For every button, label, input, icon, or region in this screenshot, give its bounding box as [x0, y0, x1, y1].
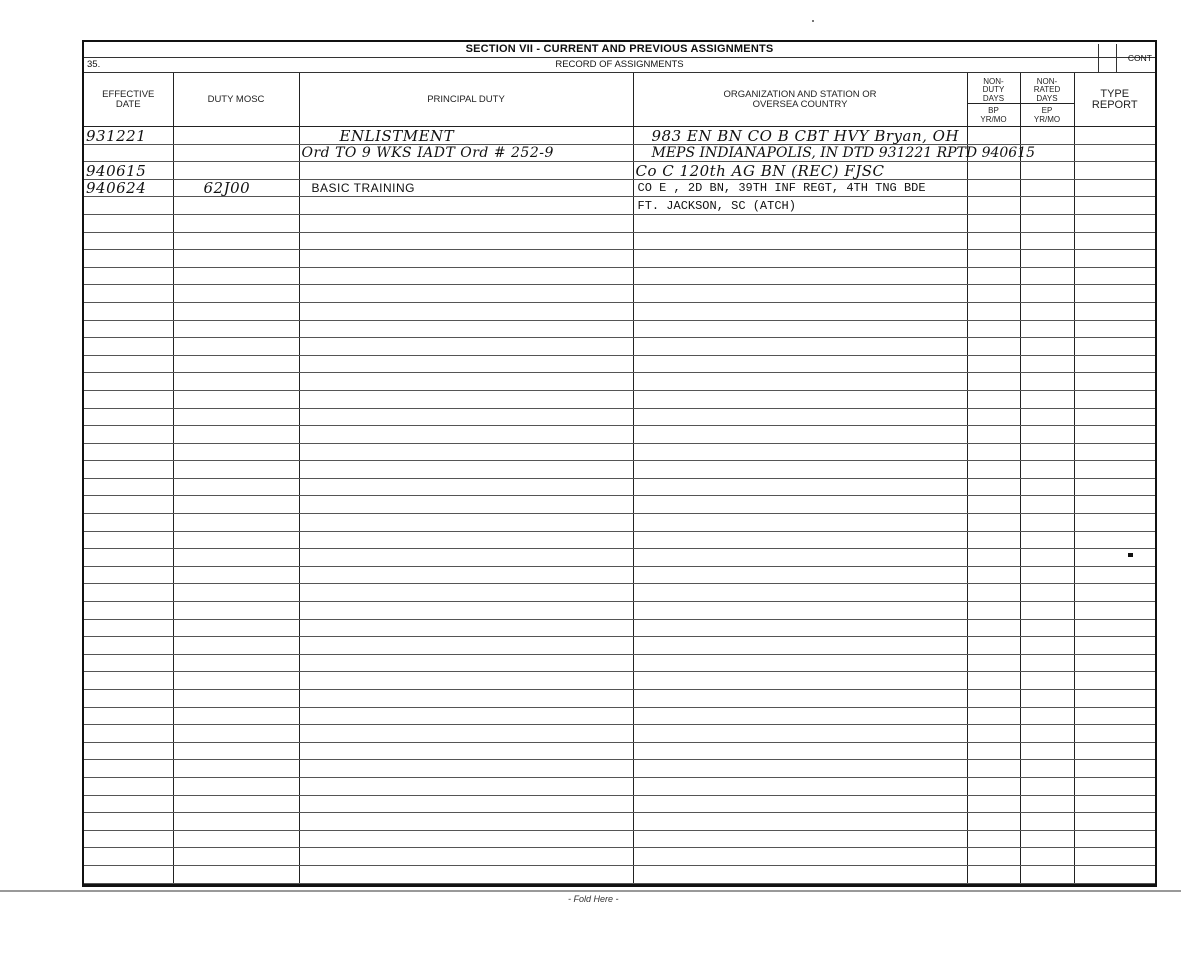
ep-cell[interactable]: [1020, 285, 1074, 303]
type-cell[interactable]: [1074, 232, 1155, 250]
type-cell[interactable]: [1074, 426, 1155, 444]
bp-cell[interactable]: [967, 672, 1020, 690]
mosc-cell[interactable]: [173, 549, 299, 567]
date-cell[interactable]: [84, 390, 173, 408]
ep-cell[interactable]: [1020, 232, 1074, 250]
type-cell[interactable]: [1074, 302, 1155, 320]
bp-cell[interactable]: [967, 232, 1020, 250]
bp-cell[interactable]: [967, 285, 1020, 303]
duty-cell[interactable]: Ord TO 9 WKS IADT Ord # 252-9: [299, 144, 633, 162]
duty-cell[interactable]: [299, 197, 633, 215]
duty-cell[interactable]: [299, 285, 633, 303]
org-cell[interactable]: [633, 549, 967, 567]
mosc-cell[interactable]: [173, 690, 299, 708]
mosc-cell[interactable]: [173, 654, 299, 672]
ep-cell[interactable]: [1020, 496, 1074, 514]
org-cell[interactable]: [633, 777, 967, 795]
duty-cell[interactable]: [299, 619, 633, 637]
date-cell[interactable]: [84, 461, 173, 479]
org-cell[interactable]: [633, 795, 967, 813]
duty-cell[interactable]: [299, 742, 633, 760]
org-cell[interactable]: 983 EN BN CO B CBT HVY Bryan, OH: [633, 127, 967, 145]
type-cell[interactable]: [1074, 602, 1155, 620]
mosc-cell[interactable]: [173, 619, 299, 637]
mosc-cell[interactable]: [173, 197, 299, 215]
bp-cell[interactable]: [967, 162, 1020, 180]
mosc-cell[interactable]: [173, 478, 299, 496]
org-cell[interactable]: Co C 120th AG BN (REC) FJSC: [633, 162, 967, 180]
mosc-cell[interactable]: [173, 232, 299, 250]
duty-cell[interactable]: [299, 478, 633, 496]
org-cell[interactable]: [633, 848, 967, 866]
ep-cell[interactable]: [1020, 742, 1074, 760]
bp-cell[interactable]: [967, 725, 1020, 743]
bp-cell[interactable]: [967, 742, 1020, 760]
mosc-cell[interactable]: [173, 338, 299, 356]
mosc-cell[interactable]: [173, 144, 299, 162]
date-cell[interactable]: [84, 408, 173, 426]
bp-cell[interactable]: [967, 408, 1020, 426]
date-cell[interactable]: 940624: [84, 179, 173, 197]
type-cell[interactable]: [1074, 637, 1155, 655]
duty-cell[interactable]: [299, 760, 633, 778]
type-cell[interactable]: [1074, 390, 1155, 408]
duty-cell[interactable]: [299, 725, 633, 743]
duty-cell[interactable]: [299, 566, 633, 584]
date-cell[interactable]: [84, 672, 173, 690]
org-cell[interactable]: [633, 566, 967, 584]
org-cell[interactable]: [633, 760, 967, 778]
org-cell[interactable]: [633, 285, 967, 303]
bp-cell[interactable]: [967, 144, 1020, 162]
org-cell[interactable]: [633, 865, 967, 883]
bp-cell[interactable]: [967, 602, 1020, 620]
bp-cell[interactable]: [967, 830, 1020, 848]
bp-cell[interactable]: [967, 813, 1020, 831]
duty-cell[interactable]: [299, 514, 633, 532]
type-cell[interactable]: [1074, 672, 1155, 690]
ep-cell[interactable]: [1020, 338, 1074, 356]
org-cell[interactable]: [633, 584, 967, 602]
mosc-cell[interactable]: [173, 637, 299, 655]
ep-cell[interactable]: [1020, 373, 1074, 391]
type-cell[interactable]: [1074, 197, 1155, 215]
org-cell[interactable]: [633, 443, 967, 461]
date-cell[interactable]: [84, 144, 173, 162]
bp-cell[interactable]: [967, 584, 1020, 602]
cont-checkbox[interactable]: [1098, 44, 1117, 72]
date-cell[interactable]: [84, 707, 173, 725]
date-cell[interactable]: [84, 373, 173, 391]
mosc-cell[interactable]: [173, 355, 299, 373]
ep-cell[interactable]: [1020, 478, 1074, 496]
mosc-cell[interactable]: [173, 584, 299, 602]
bp-cell[interactable]: [967, 549, 1020, 567]
bp-cell[interactable]: [967, 654, 1020, 672]
type-cell[interactable]: [1074, 214, 1155, 232]
duty-cell[interactable]: [299, 707, 633, 725]
ep-cell[interactable]: [1020, 777, 1074, 795]
bp-cell[interactable]: [967, 865, 1020, 883]
org-cell[interactable]: [633, 355, 967, 373]
bp-cell[interactable]: [967, 267, 1020, 285]
ep-cell[interactable]: [1020, 795, 1074, 813]
org-cell[interactable]: [633, 690, 967, 708]
type-cell[interactable]: [1074, 320, 1155, 338]
duty-cell[interactable]: [299, 302, 633, 320]
date-cell[interactable]: [84, 760, 173, 778]
date-cell[interactable]: [84, 531, 173, 549]
date-cell[interactable]: [84, 443, 173, 461]
type-cell[interactable]: [1074, 690, 1155, 708]
duty-cell[interactable]: [299, 672, 633, 690]
org-cell[interactable]: [633, 531, 967, 549]
org-cell[interactable]: [633, 250, 967, 268]
org-cell[interactable]: [633, 514, 967, 532]
date-cell[interactable]: [84, 338, 173, 356]
type-cell[interactable]: [1074, 566, 1155, 584]
mosc-cell[interactable]: [173, 742, 299, 760]
org-cell[interactable]: [633, 373, 967, 391]
duty-cell[interactable]: [299, 408, 633, 426]
date-cell[interactable]: [84, 848, 173, 866]
org-cell[interactable]: [633, 619, 967, 637]
bp-cell[interactable]: [967, 496, 1020, 514]
type-cell[interactable]: [1074, 373, 1155, 391]
mosc-cell[interactable]: [173, 408, 299, 426]
org-cell[interactable]: [633, 654, 967, 672]
ep-cell[interactable]: [1020, 566, 1074, 584]
ep-cell[interactable]: [1020, 162, 1074, 180]
date-cell[interactable]: [84, 250, 173, 268]
type-cell[interactable]: [1074, 549, 1155, 567]
mosc-cell[interactable]: [173, 461, 299, 479]
org-cell[interactable]: [633, 232, 967, 250]
type-cell[interactable]: [1074, 725, 1155, 743]
mosc-cell[interactable]: [173, 443, 299, 461]
type-cell[interactable]: [1074, 443, 1155, 461]
mosc-cell[interactable]: [173, 865, 299, 883]
bp-cell[interactable]: [967, 848, 1020, 866]
ep-cell[interactable]: [1020, 584, 1074, 602]
org-cell[interactable]: [633, 742, 967, 760]
ep-cell[interactable]: [1020, 197, 1074, 215]
mosc-cell[interactable]: [173, 250, 299, 268]
ep-cell[interactable]: [1020, 320, 1074, 338]
bp-cell[interactable]: [967, 179, 1020, 197]
mosc-cell[interactable]: [173, 777, 299, 795]
type-cell[interactable]: [1074, 496, 1155, 514]
org-cell[interactable]: [633, 637, 967, 655]
org-cell[interactable]: [633, 830, 967, 848]
duty-cell[interactable]: [299, 267, 633, 285]
type-cell[interactable]: [1074, 865, 1155, 883]
ep-cell[interactable]: [1020, 865, 1074, 883]
ep-cell[interactable]: [1020, 390, 1074, 408]
mosc-cell[interactable]: [173, 390, 299, 408]
date-cell[interactable]: [84, 566, 173, 584]
org-cell[interactable]: [633, 725, 967, 743]
org-cell[interactable]: [633, 461, 967, 479]
date-cell[interactable]: [84, 619, 173, 637]
bp-cell[interactable]: [967, 214, 1020, 232]
date-cell[interactable]: [84, 549, 173, 567]
type-cell[interactable]: [1074, 514, 1155, 532]
bp-cell[interactable]: [967, 637, 1020, 655]
duty-cell[interactable]: [299, 320, 633, 338]
date-cell[interactable]: [84, 426, 173, 444]
org-cell[interactable]: [633, 672, 967, 690]
mosc-cell[interactable]: [173, 320, 299, 338]
duty-cell[interactable]: [299, 654, 633, 672]
mosc-cell[interactable]: [173, 848, 299, 866]
org-cell[interactable]: [633, 602, 967, 620]
duty-cell[interactable]: [299, 338, 633, 356]
type-cell[interactable]: [1074, 830, 1155, 848]
bp-cell[interactable]: [967, 390, 1020, 408]
date-cell[interactable]: [84, 496, 173, 514]
date-cell[interactable]: [84, 584, 173, 602]
type-cell[interactable]: [1074, 267, 1155, 285]
mosc-cell[interactable]: [173, 267, 299, 285]
date-cell[interactable]: [84, 742, 173, 760]
org-cell[interactable]: [633, 426, 967, 444]
type-cell[interactable]: [1074, 355, 1155, 373]
ep-cell[interactable]: [1020, 250, 1074, 268]
bp-cell[interactable]: [967, 355, 1020, 373]
type-cell[interactable]: [1074, 760, 1155, 778]
mosc-cell[interactable]: [173, 813, 299, 831]
date-cell[interactable]: 931221: [84, 127, 173, 145]
duty-cell[interactable]: [299, 795, 633, 813]
mosc-cell[interactable]: [173, 127, 299, 145]
duty-cell[interactable]: ENLISTMENT: [299, 127, 633, 145]
ep-cell[interactable]: [1020, 830, 1074, 848]
duty-cell[interactable]: [299, 777, 633, 795]
duty-cell[interactable]: [299, 584, 633, 602]
ep-cell[interactable]: [1020, 848, 1074, 866]
type-cell[interactable]: [1074, 162, 1155, 180]
date-cell[interactable]: [84, 355, 173, 373]
mosc-cell[interactable]: [173, 514, 299, 532]
bp-cell[interactable]: [967, 619, 1020, 637]
mosc-cell[interactable]: [173, 602, 299, 620]
ep-cell[interactable]: [1020, 690, 1074, 708]
type-cell[interactable]: [1074, 144, 1155, 162]
ep-cell[interactable]: [1020, 461, 1074, 479]
duty-cell[interactable]: BASIC TRAINING: [299, 179, 633, 197]
org-cell[interactable]: [633, 302, 967, 320]
ep-cell[interactable]: [1020, 267, 1074, 285]
duty-cell[interactable]: [299, 813, 633, 831]
bp-cell[interactable]: [967, 690, 1020, 708]
bp-cell[interactable]: [967, 127, 1020, 145]
org-cell[interactable]: [633, 338, 967, 356]
type-cell[interactable]: [1074, 619, 1155, 637]
bp-cell[interactable]: [967, 373, 1020, 391]
org-cell[interactable]: [633, 320, 967, 338]
date-cell[interactable]: [84, 602, 173, 620]
date-cell[interactable]: [84, 637, 173, 655]
type-cell[interactable]: [1074, 742, 1155, 760]
org-cell[interactable]: [633, 496, 967, 514]
mosc-cell[interactable]: [173, 672, 299, 690]
mosc-cell[interactable]: [173, 566, 299, 584]
bp-cell[interactable]: [967, 443, 1020, 461]
date-cell[interactable]: [84, 777, 173, 795]
ep-cell[interactable]: [1020, 127, 1074, 145]
ep-cell[interactable]: [1020, 179, 1074, 197]
type-cell[interactable]: [1074, 848, 1155, 866]
duty-cell[interactable]: [299, 426, 633, 444]
duty-cell[interactable]: [299, 373, 633, 391]
ep-cell[interactable]: [1020, 707, 1074, 725]
bp-cell[interactable]: [967, 302, 1020, 320]
type-cell[interactable]: [1074, 478, 1155, 496]
ep-cell[interactable]: [1020, 619, 1074, 637]
duty-cell[interactable]: [299, 162, 633, 180]
mosc-cell[interactable]: 62J00: [173, 179, 299, 197]
bp-cell[interactable]: [967, 777, 1020, 795]
ep-cell[interactable]: [1020, 531, 1074, 549]
mosc-cell[interactable]: [173, 496, 299, 514]
bp-cell[interactable]: [967, 197, 1020, 215]
bp-cell[interactable]: [967, 566, 1020, 584]
type-cell[interactable]: [1074, 408, 1155, 426]
org-cell[interactable]: [633, 267, 967, 285]
mosc-cell[interactable]: [173, 531, 299, 549]
duty-cell[interactable]: [299, 355, 633, 373]
org-cell[interactable]: [633, 390, 967, 408]
duty-cell[interactable]: [299, 531, 633, 549]
duty-cell[interactable]: [299, 549, 633, 567]
type-cell[interactable]: [1074, 127, 1155, 145]
duty-cell[interactable]: [299, 637, 633, 655]
duty-cell[interactable]: [299, 443, 633, 461]
mosc-cell[interactable]: [173, 426, 299, 444]
bp-cell[interactable]: [967, 250, 1020, 268]
date-cell[interactable]: [84, 478, 173, 496]
ep-cell[interactable]: [1020, 426, 1074, 444]
date-cell[interactable]: 940615: [84, 162, 173, 180]
bp-cell[interactable]: [967, 514, 1020, 532]
duty-cell[interactable]: [299, 865, 633, 883]
mosc-cell[interactable]: [173, 214, 299, 232]
bp-cell[interactable]: [967, 795, 1020, 813]
date-cell[interactable]: [84, 232, 173, 250]
duty-cell[interactable]: [299, 390, 633, 408]
ep-cell[interactable]: [1020, 355, 1074, 373]
type-cell[interactable]: [1074, 250, 1155, 268]
duty-cell[interactable]: [299, 250, 633, 268]
ep-cell[interactable]: [1020, 214, 1074, 232]
duty-cell[interactable]: [299, 848, 633, 866]
duty-cell[interactable]: [299, 830, 633, 848]
mosc-cell[interactable]: [173, 302, 299, 320]
bp-cell[interactable]: [967, 760, 1020, 778]
ep-cell[interactable]: [1020, 144, 1074, 162]
type-cell[interactable]: [1074, 584, 1155, 602]
bp-cell[interactable]: [967, 426, 1020, 444]
org-cell[interactable]: MEPS INDIANAPOLIS, IN DTD 931221 RPTD 94…: [633, 144, 967, 162]
ep-cell[interactable]: [1020, 602, 1074, 620]
date-cell[interactable]: [84, 197, 173, 215]
type-cell[interactable]: [1074, 795, 1155, 813]
bp-cell[interactable]: [967, 338, 1020, 356]
date-cell[interactable]: [84, 285, 173, 303]
type-cell[interactable]: [1074, 179, 1155, 197]
date-cell[interactable]: [84, 654, 173, 672]
ep-cell[interactable]: [1020, 302, 1074, 320]
date-cell[interactable]: [84, 214, 173, 232]
ep-cell[interactable]: [1020, 408, 1074, 426]
ep-cell[interactable]: [1020, 725, 1074, 743]
mosc-cell[interactable]: [173, 373, 299, 391]
org-cell[interactable]: [633, 813, 967, 831]
duty-cell[interactable]: [299, 232, 633, 250]
mosc-cell[interactable]: [173, 725, 299, 743]
duty-cell[interactable]: [299, 602, 633, 620]
duty-cell[interactable]: [299, 214, 633, 232]
bp-cell[interactable]: [967, 707, 1020, 725]
type-cell[interactable]: [1074, 338, 1155, 356]
bp-cell[interactable]: [967, 320, 1020, 338]
ep-cell[interactable]: [1020, 443, 1074, 461]
type-cell[interactable]: [1074, 461, 1155, 479]
duty-cell[interactable]: [299, 496, 633, 514]
type-cell[interactable]: [1074, 707, 1155, 725]
date-cell[interactable]: [84, 830, 173, 848]
date-cell[interactable]: [84, 514, 173, 532]
mosc-cell[interactable]: [173, 830, 299, 848]
date-cell[interactable]: [84, 302, 173, 320]
date-cell[interactable]: [84, 267, 173, 285]
org-cell[interactable]: FT. JACKSON, SC (ATCH): [633, 197, 967, 215]
bp-cell[interactable]: [967, 478, 1020, 496]
mosc-cell[interactable]: [173, 285, 299, 303]
mosc-cell[interactable]: [173, 760, 299, 778]
mosc-cell[interactable]: [173, 162, 299, 180]
ep-cell[interactable]: [1020, 549, 1074, 567]
date-cell[interactable]: [84, 725, 173, 743]
duty-cell[interactable]: [299, 690, 633, 708]
type-cell[interactable]: [1074, 813, 1155, 831]
type-cell[interactable]: [1074, 285, 1155, 303]
ep-cell[interactable]: [1020, 672, 1074, 690]
org-cell[interactable]: [633, 707, 967, 725]
org-cell[interactable]: [633, 478, 967, 496]
type-cell[interactable]: [1074, 531, 1155, 549]
date-cell[interactable]: [84, 320, 173, 338]
org-cell[interactable]: [633, 214, 967, 232]
ep-cell[interactable]: [1020, 813, 1074, 831]
date-cell[interactable]: [84, 795, 173, 813]
ep-cell[interactable]: [1020, 514, 1074, 532]
ep-cell[interactable]: [1020, 760, 1074, 778]
date-cell[interactable]: [84, 865, 173, 883]
date-cell[interactable]: [84, 813, 173, 831]
type-cell[interactable]: [1074, 654, 1155, 672]
ep-cell[interactable]: [1020, 654, 1074, 672]
bp-cell[interactable]: [967, 531, 1020, 549]
date-cell[interactable]: [84, 690, 173, 708]
org-cell[interactable]: CO E , 2D BN, 39TH INF REGT, 4TH TNG BDE: [633, 179, 967, 197]
ep-cell[interactable]: [1020, 637, 1074, 655]
duty-cell[interactable]: [299, 461, 633, 479]
mosc-cell[interactable]: [173, 707, 299, 725]
type-cell[interactable]: [1074, 777, 1155, 795]
mosc-cell[interactable]: [173, 795, 299, 813]
